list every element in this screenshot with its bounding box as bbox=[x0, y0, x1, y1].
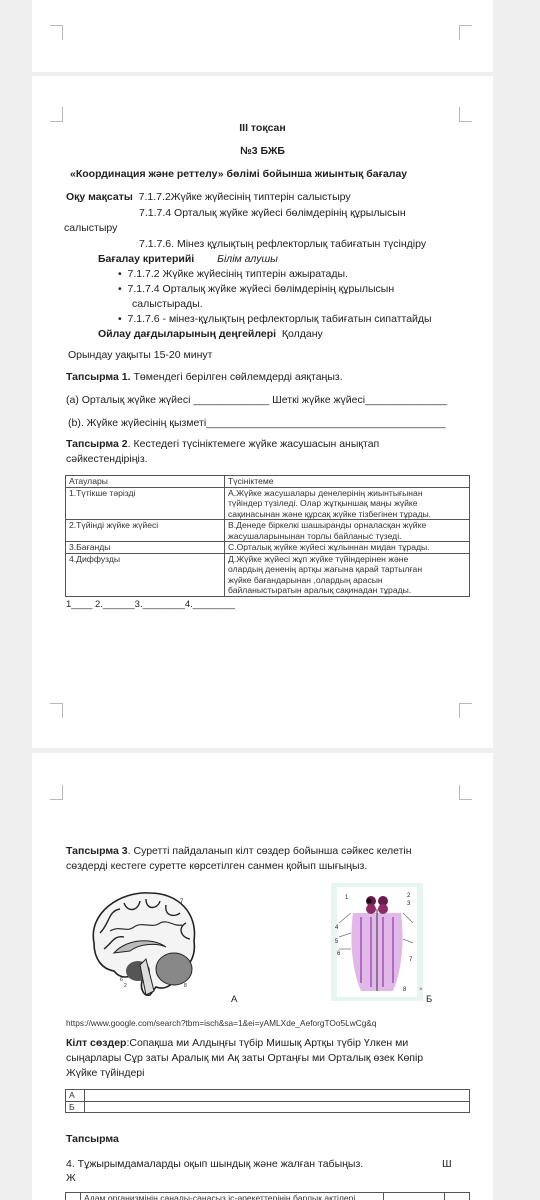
margin-corner-mark bbox=[459, 703, 472, 718]
row-label: А bbox=[66, 1090, 85, 1102]
table-cell-name: 2.Түйінді жүйке жүйесі bbox=[66, 520, 225, 542]
task2-text: . Кестедегі түсініктемеге жүйке жасушасы… bbox=[128, 438, 380, 450]
task1-label: Тапсырма 1. bbox=[66, 371, 131, 383]
assessment-number: №3 БЖБ bbox=[32, 144, 493, 158]
keywords-line-1: Кілт сөздер:Сопақша ми Алдыңғы түбір Миш… bbox=[66, 1036, 408, 1050]
task3-text: . Суретті пайдаланып кілт сөздер бойынша… bbox=[128, 845, 412, 857]
learning-goals: Оқу мақсаты 7.1.7.2Жүйке жүйесінің типте… bbox=[66, 190, 351, 204]
task2-label: Тапсырма 2 bbox=[66, 438, 128, 450]
table-header-row: Атаулары Түсініктеме bbox=[66, 476, 470, 488]
image-b-label: Б bbox=[426, 993, 432, 1007]
task2-table: Атаулары Түсініктеме 1.Түтікше тәрізді А… bbox=[65, 475, 470, 597]
time-limit: Орындау уақыты 15-20 минут bbox=[68, 348, 212, 362]
table-row: Адам организмінің саналы-санасыз іс-әрек… bbox=[66, 1193, 470, 1200]
criteria-item-2-cont: салыстырады. bbox=[132, 297, 203, 311]
task1-a: (a) Орталық жүйке жүйесі _____________ Ш… bbox=[66, 393, 447, 407]
table-cell-desc: А.Жүйке жасушалары денелерінің жиынтығын… bbox=[225, 487, 470, 520]
criteria-subject: Білім алушы bbox=[217, 253, 278, 265]
svg-text:2: 2 bbox=[124, 983, 127, 989]
table-row: Б bbox=[66, 1101, 470, 1113]
svg-text:×: × bbox=[419, 987, 423, 993]
column-header: Атаулары bbox=[66, 476, 225, 488]
margin-corner-mark bbox=[50, 785, 63, 800]
task4-text: 4. Тұжырымдамаларды оқып шындық және жал… bbox=[66, 1157, 363, 1171]
table-cell-name: 1.Түтікше тәрізді bbox=[66, 487, 225, 520]
criteria-item-1: • 7.1.7.2 Жүйке жүйесінің типтерін ажыра… bbox=[118, 267, 348, 281]
statement-cell: Адам организмінің саналы-санасыз іс-әрек… bbox=[81, 1193, 384, 1200]
page-1: III тоқсан №3 БЖБ «Координация және ретт… bbox=[32, 76, 493, 748]
spinal-cord-image: 1 2 3 4 5 6 7 8 × bbox=[331, 883, 423, 1001]
row-number-cell bbox=[66, 1193, 81, 1200]
false-label: Ж bbox=[66, 1171, 76, 1185]
keywords-label: Кілт сөздер bbox=[66, 1037, 126, 1049]
margin-corner-mark bbox=[50, 107, 63, 122]
answer-cell[interactable] bbox=[85, 1101, 470, 1113]
task3-label: Тапсырма 3 bbox=[66, 845, 128, 857]
section-title: «Координация және реттелу» бөлімі бойынш… bbox=[70, 167, 407, 181]
page-previous bbox=[32, 0, 493, 72]
thinking-value: Қолдану bbox=[282, 328, 323, 340]
table-cell-name: 3.Бағанды bbox=[66, 542, 225, 554]
margin-corner-mark bbox=[50, 25, 63, 40]
learning-goal-1: 7.1.7.2Жүйке жүйесінің типтерін салыстыр… bbox=[139, 191, 351, 203]
margin-corner-mark bbox=[50, 703, 63, 718]
column-header: Түсініктеме bbox=[225, 476, 470, 488]
row-label: Б bbox=[66, 1101, 85, 1113]
true-label: Ш bbox=[442, 1157, 452, 1171]
table-row: 2.Түйінді жүйке жүйесі В.Денеде біркелкі… bbox=[66, 520, 470, 542]
true-cell[interactable] bbox=[384, 1193, 445, 1200]
learning-goal-2-cont: салыстыру bbox=[64, 221, 117, 235]
criteria-item-3: • 7.1.7.6 - мінез-құлықтың рефлекторлық … bbox=[118, 312, 432, 326]
task2-heading: Тапсырма 2. Кестедегі түсініктемеге жүйк… bbox=[66, 437, 379, 451]
svg-text:6: 6 bbox=[120, 977, 123, 983]
table-cell-desc: С.Орталық жүйке жүйесі жұлыннан мидан тұ… bbox=[225, 542, 470, 554]
table-row: 4.Диффузды Д.Жүйке жүйесі жұп жүйке түйі… bbox=[66, 553, 470, 596]
table-row: А bbox=[66, 1090, 470, 1102]
task2-answer-line: 1____ 2.______3.________4.________ bbox=[66, 598, 235, 612]
criteria-label: Бағалау критерийі bbox=[98, 253, 194, 265]
table-cell-desc: Д.Жүйке жүйесі жұп жүйке түйіндерінен жә… bbox=[225, 553, 470, 596]
margin-corner-mark bbox=[459, 785, 472, 800]
margin-corner-mark bbox=[459, 25, 472, 40]
svg-text:8: 8 bbox=[184, 983, 187, 989]
keywords-line-2: сыңарлары Сұр заты Аралық ми Ақ заты Орт… bbox=[66, 1051, 423, 1065]
answer-cell[interactable] bbox=[85, 1090, 470, 1102]
page-2: Тапсырма 3. Суретті пайдаланып кілт сөзд… bbox=[32, 753, 493, 1200]
table-cell-name: 4.Диффузды bbox=[66, 553, 225, 596]
image-source-url: https://www.google.com/search?tbm=isch&s… bbox=[66, 1016, 376, 1030]
learning-goal-3: 7.1.7.6. Мінез құлықтың рефлекторлық таб… bbox=[139, 237, 426, 251]
task1-heading: Тапсырма 1. Төмендегі берілген сөйлемдер… bbox=[66, 370, 343, 384]
task4-table: Адам организмінің саналы-санасыз іс-әрек… bbox=[65, 1192, 470, 1200]
table-cell-desc: В.Денеде біркелкі шашыранды орналасқан ж… bbox=[225, 520, 470, 542]
task3-answer-table: А Б bbox=[65, 1089, 470, 1113]
table-row: 1.Түтікше тәрізді А.Жүйке жасушалары ден… bbox=[66, 487, 470, 520]
thinking-levels: Ойлау дағдыларының деңгейлері Қолдану bbox=[98, 327, 323, 341]
task1-text: Төмендегі берілген сөйлемдерді аяқтаңыз. bbox=[133, 371, 342, 383]
task3-heading: Тапсырма 3. Суретті пайдаланып кілт сөзд… bbox=[66, 844, 412, 858]
keywords-line-3: Жүйке түйіндері bbox=[66, 1066, 144, 1080]
svg-text:1: 1 bbox=[140, 985, 143, 991]
task1-b: (b). Жүйке жүйесінің қызметі____________… bbox=[68, 416, 446, 430]
criteria-header: Бағалау критерийі Білім алушы bbox=[98, 252, 278, 266]
image-a-label: А bbox=[231, 993, 237, 1007]
margin-corner-mark bbox=[459, 107, 472, 122]
task2-text-cont: сәйкестендіріңіз. bbox=[66, 452, 148, 466]
brain-image: 7 6 2 1 8 bbox=[80, 883, 202, 1001]
false-cell[interactable] bbox=[445, 1193, 470, 1200]
thinking-label: Ойлау дағдыларының деңгейлері bbox=[98, 328, 276, 340]
criteria-item-2: • 7.1.7.4 Орталық жүйке жүйесі бөлімдері… bbox=[118, 282, 394, 296]
table-row: 3.Бағанды С.Орталық жүйке жүйесі жұлынна… bbox=[66, 542, 470, 554]
svg-text:7: 7 bbox=[180, 899, 184, 905]
task3-text-cont: сөздерді кестеге суретте көрсетілген сан… bbox=[66, 859, 367, 873]
quarter-title: III тоқсан bbox=[32, 121, 493, 135]
learning-goals-label: Оқу мақсаты bbox=[66, 191, 133, 203]
learning-goal-2: 7.1.7.4 Орталық жүйке жүйесі бөлімдеріні… bbox=[139, 206, 406, 220]
task4-heading: Тапсырма bbox=[66, 1132, 119, 1146]
